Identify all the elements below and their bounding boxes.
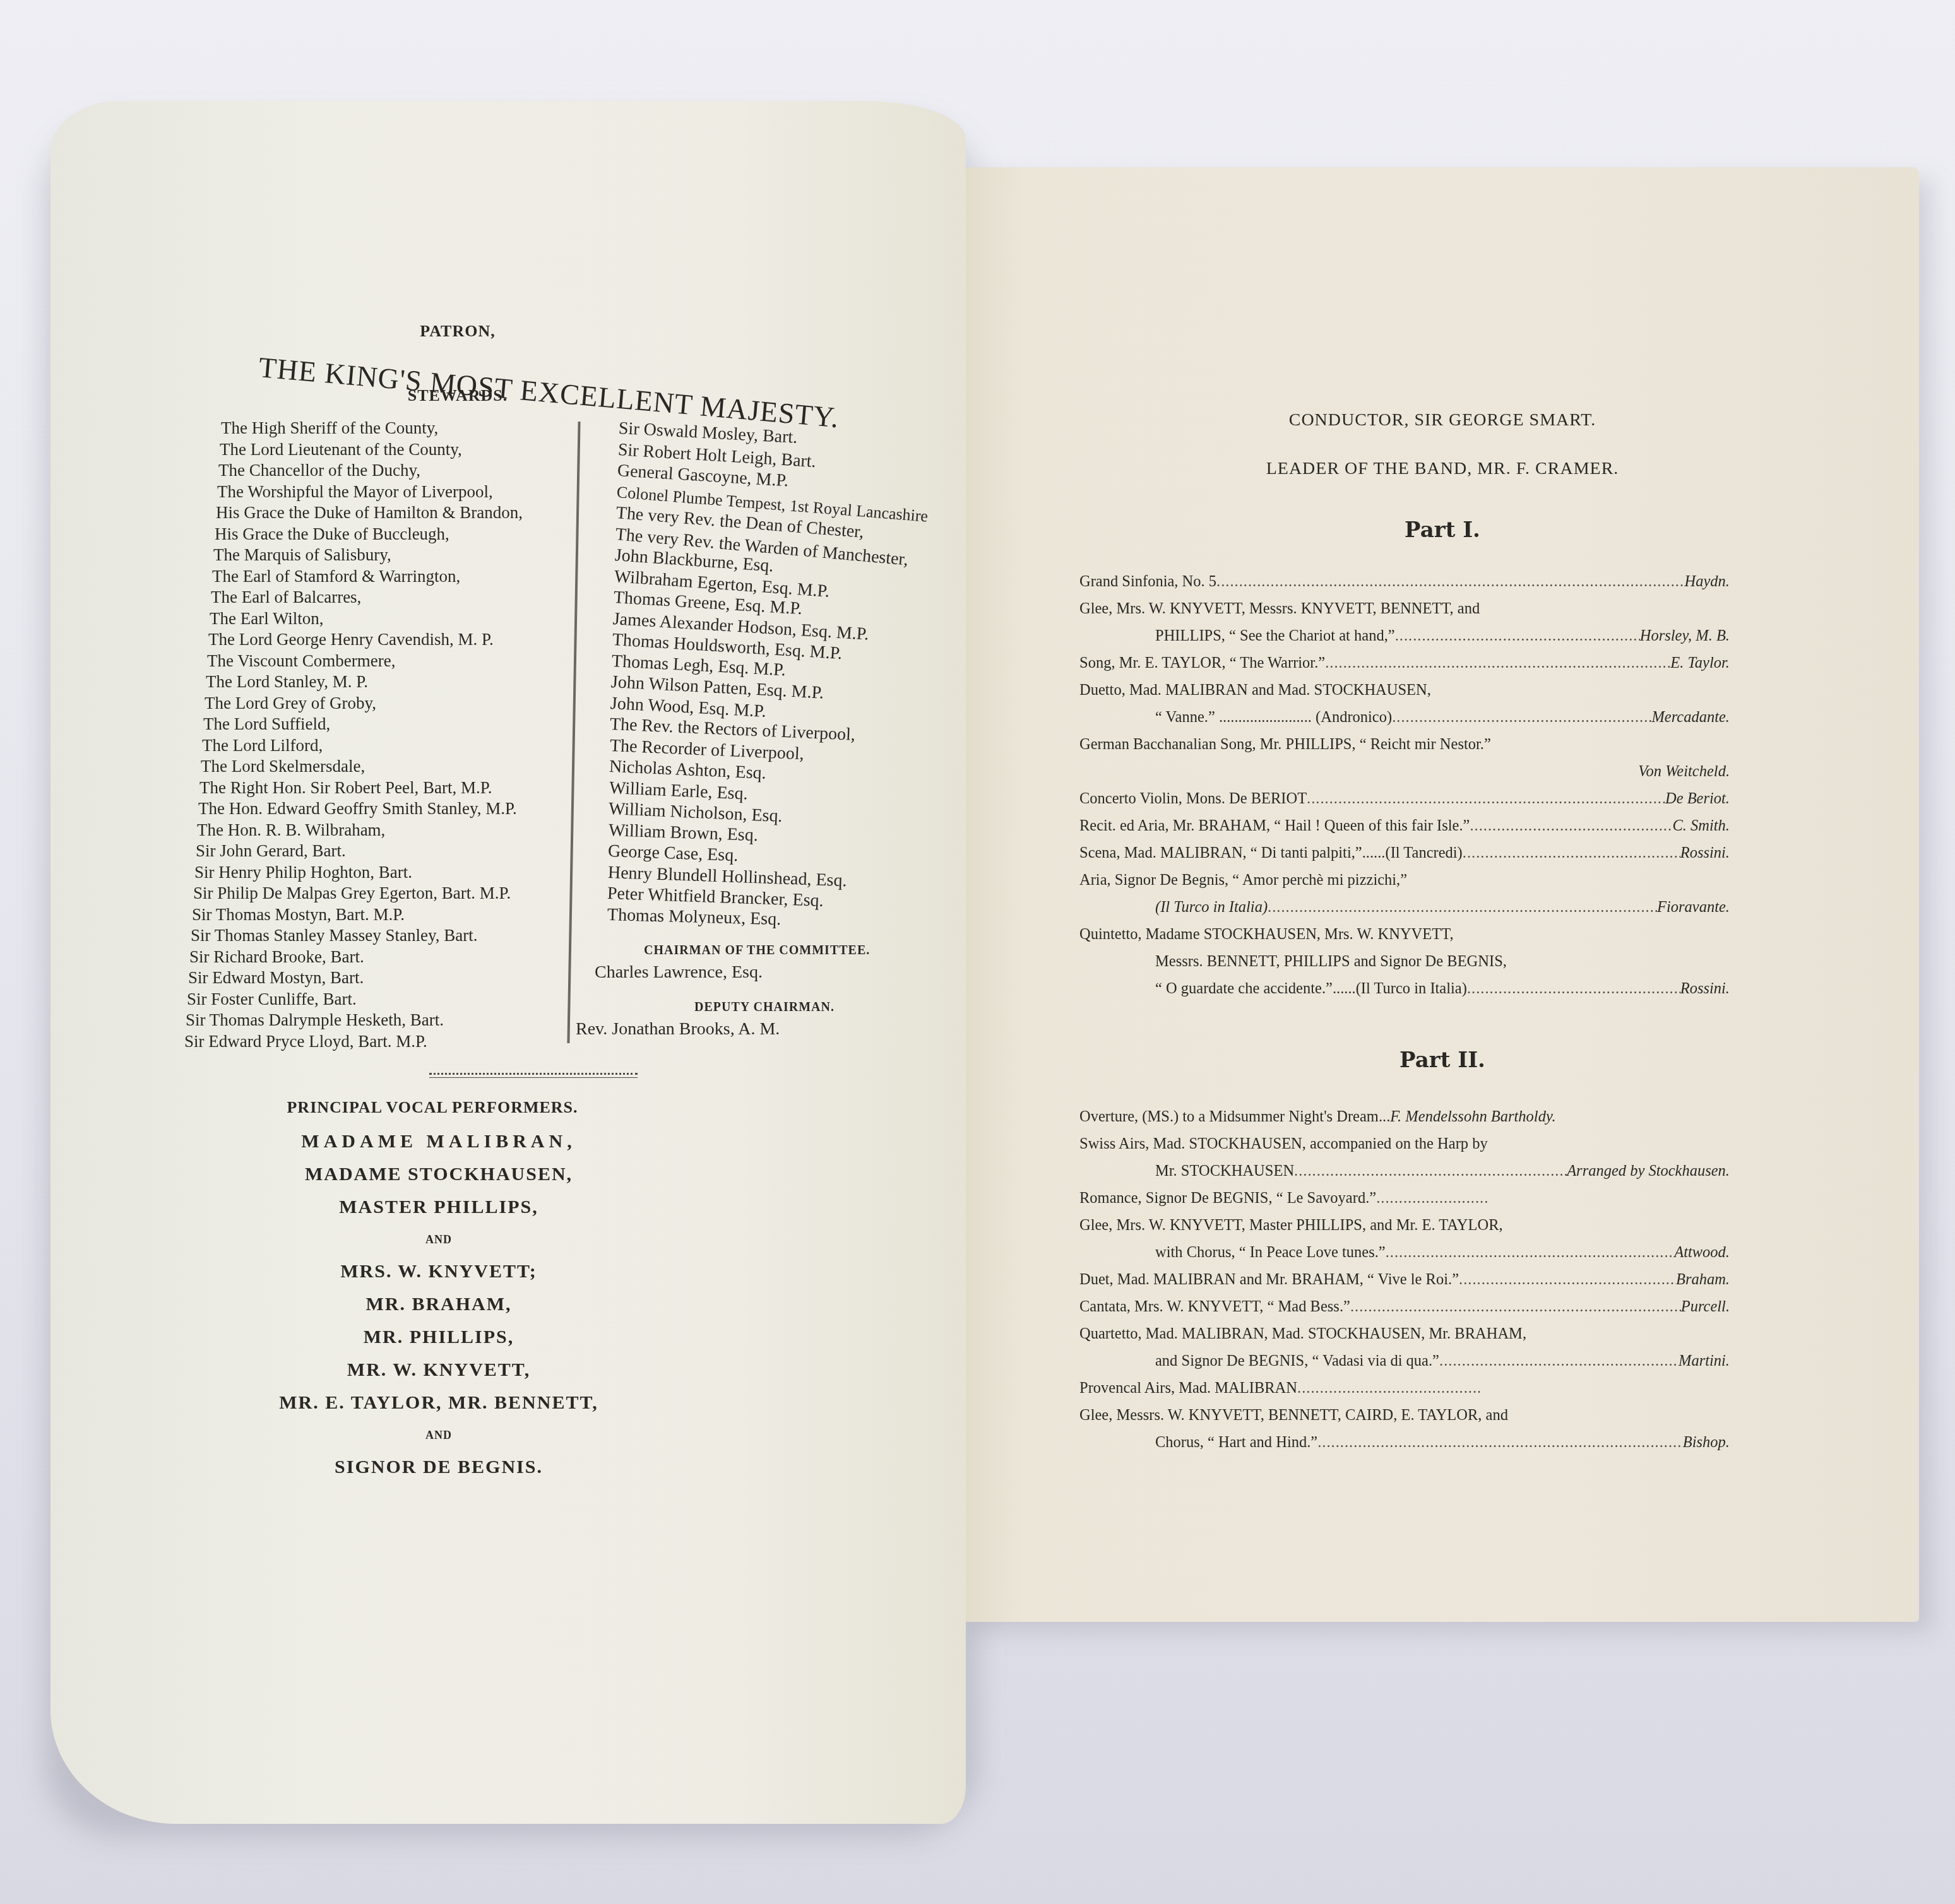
- programme-item: Song, Mr. E. TAYLOR, “ The Warrior.”E. T…: [1079, 649, 1730, 677]
- steward-entry: The Lord Suffield,: [203, 714, 590, 735]
- programme-item: Duetto, Mad. MALIBRAN and Mad. STOCKHAUS…: [1079, 677, 1730, 704]
- programme-item: Aria, Signor De Begnis, “ Amor perchè mi…: [1079, 866, 1730, 894]
- programme-item: “ Vanne.” ........................ (Andr…: [1079, 704, 1730, 731]
- steward-entry: Sir Thomas Stanley Massey Stanley, Bart.: [191, 925, 590, 947]
- stewards-heading: STEWARDS.: [0, 386, 915, 405]
- steward-entry: The Marquis of Salisbury,: [213, 545, 590, 566]
- programme-item: and Signor De BEGNIS, “ Vadasi via di qu…: [1079, 1347, 1730, 1375]
- performer: MR. W. KNYVETT,: [0, 1358, 896, 1381]
- performer: MADAME MALIBRAN,: [0, 1130, 896, 1153]
- steward-entry: The Earl of Balcarres,: [211, 587, 590, 608]
- chairman-heading: CHAIRMAN OF THE COMMITTEE.: [644, 943, 870, 958]
- programme-item: Concerto Violin, Mons. De BERIOTDe Berio…: [1079, 785, 1730, 812]
- steward-entry: The Lord Lilford,: [202, 735, 590, 757]
- chairman-name: Charles Lawrence, Esq.: [595, 962, 763, 983]
- performer: MRS. W. KNYVETT;: [0, 1260, 896, 1283]
- performer-conjunction: AND: [0, 1228, 896, 1251]
- band-leader-line: LEADER OF THE BAND, MR. F. CRAMER.: [966, 459, 1919, 479]
- steward-entry: The Hon. Edward Geoffry Smith Stanley, M…: [198, 798, 590, 820]
- steward-entry: Sir John Gerard, Bart.: [196, 841, 590, 862]
- programme-item: “ O guardate che accidente.”......(Il Tu…: [1079, 975, 1730, 1002]
- steward-entry: The Viscount Combermere,: [207, 651, 590, 672]
- performers-list: MADAME MALIBRAN, MADAME STOCKHAUSEN, MAS…: [0, 1130, 896, 1488]
- steward-entry: Sir Thomas Dalrymple Hesketh, Bart.: [186, 1010, 590, 1031]
- steward-entry: The High Sheriff of the County,: [221, 418, 590, 439]
- programme-item: Grand Sinfonia, No. 5Haydn.: [1079, 568, 1730, 595]
- part-1-heading: Part I.: [966, 517, 1919, 543]
- stewards-column-1: The High Sheriff of the County, The Lord…: [136, 418, 590, 1052]
- steward-entry: The Hon. R. B. Wilbraham,: [197, 820, 590, 841]
- programme-item: Glee, Messrs. W. KNYVETT, BENNETT, CAIRD…: [1079, 1402, 1730, 1429]
- steward-entry: Sir Foster Cunliffe, Bart.: [187, 989, 590, 1010]
- programme-item: Scena, Mad. MALIBRAN, “ Di tanti palpiti…: [1079, 839, 1730, 866]
- patron-heading: PATRON,: [0, 322, 915, 341]
- programme-item: Overture, (MS.) to a Midsummer Night's D…: [1079, 1103, 1730, 1130]
- steward-entry: Sir Thomas Mostyn, Bart. M.P.: [192, 904, 590, 926]
- stewards-column-2: Sir Oswald Mosley, Bart. Sir Robert Holt…: [568, 418, 922, 925]
- programme-item: Swiss Airs, Mad. STOCKHAUSEN, accompanie…: [1079, 1130, 1730, 1157]
- ornamental-divider: [429, 1073, 638, 1078]
- performer: MR. E. TAYLOR, MR. BENNETT,: [0, 1391, 896, 1414]
- programme-item: Messrs. BENNETT, PHILLIPS and Signor De …: [1079, 948, 1730, 975]
- steward-entry: Sir Edward Pryce Lloyd, Bart. M.P.: [184, 1031, 590, 1053]
- programme-item: Duet, Mad. MALIBRAN and Mr. BRAHAM, “ Vi…: [1079, 1266, 1730, 1293]
- programme-item: PHILLIPS, “ See the Chariot at hand,”Hor…: [1079, 622, 1730, 649]
- steward-entry: The Chancellor of the Duchy,: [218, 460, 590, 482]
- part-1-programme: Grand Sinfonia, No. 5Haydn. Glee, Mrs. W…: [1079, 568, 1730, 1002]
- programme-item: German Bacchanalian Song, Mr. PHILLIPS, …: [1079, 731, 1730, 758]
- programme-item: Provencal Airs, Mad. MALIBRAN: [1079, 1375, 1730, 1402]
- steward-entry: The Lord Grey of Groby,: [205, 693, 590, 714]
- steward-entry: The Lord Skelmersdale,: [201, 756, 590, 778]
- deputy-chairman-heading: DEPUTY CHAIRMAN.: [694, 1000, 835, 1015]
- deputy-chairman-name: Rev. Jonathan Brooks, A. M.: [576, 1019, 780, 1039]
- steward-entry: Sir Edward Mostyn, Bart.: [188, 967, 590, 989]
- steward-entry: The Earl of Stamford & Warrington,: [212, 566, 590, 588]
- programme-item: (Il Turco in Italia)Fioravante.: [1079, 894, 1730, 921]
- programme-item: Recit. ed Aria, Mr. BRAHAM, “ Hail ! Que…: [1079, 812, 1730, 839]
- performers-heading: PRINCIPAL VOCAL PERFORMERS.: [0, 1098, 890, 1117]
- steward-entry: His Grace the Duke of Hamilton & Brandon…: [216, 502, 590, 524]
- steward-entry: The Lord Stanley, M. P.: [206, 671, 590, 693]
- performer: MR. PHILLIPS,: [0, 1325, 896, 1349]
- programme-item: Romance, Signor De BEGNIS, “ Le Savoyard…: [1079, 1185, 1730, 1212]
- programme-item: Glee, Mrs. W. KNYVETT, Master PHILLIPS, …: [1079, 1212, 1730, 1239]
- steward-entry: His Grace the Duke of Buccleugh,: [215, 524, 590, 545]
- steward-entry: Sir Philip De Malpas Grey Egerton, Bart.…: [193, 883, 590, 904]
- performer: SIGNOR DE BEGNIS.: [0, 1455, 896, 1479]
- programme-item: Mr. STOCKHAUSENArranged by Stockhausen.: [1079, 1157, 1730, 1185]
- programme-item: Quartetto, Mad. MALIBRAN, Mad. STOCKHAUS…: [1079, 1320, 1730, 1347]
- performer-conjunction: AND: [0, 1424, 896, 1447]
- programme-item: Glee, Mrs. W. KNYVETT, Messrs. KNYVETT, …: [1079, 595, 1730, 622]
- programme-item: Cantata, Mrs. W. KNYVETT, “ Mad Bess.”Pu…: [1079, 1293, 1730, 1320]
- steward-entry: The Earl Wilton,: [210, 608, 590, 630]
- programme-item: with Chorus, “ In Peace Love tunes.”Attw…: [1079, 1239, 1730, 1266]
- performer: MASTER PHILLIPS,: [0, 1195, 896, 1219]
- part-2-heading: Part II.: [966, 1048, 1919, 1073]
- steward-entry: The Worshipful the Mayor of Liverpool,: [217, 482, 590, 503]
- steward-entry: The Right Hon. Sir Robert Peel, Bart, M.…: [199, 778, 590, 799]
- conductor-line: CONDUCTOR, SIR GEORGE SMART.: [966, 410, 1919, 430]
- performer: MADAME STOCKHAUSEN,: [0, 1162, 896, 1186]
- steward-entry: Sir Henry Philip Hoghton, Bart.: [194, 862, 590, 884]
- steward-entry: Sir Richard Brooke, Bart.: [189, 947, 590, 968]
- programme-item: Quintetto, Madame STOCKHAUSEN, Mrs. W. K…: [1079, 921, 1730, 948]
- steward-entry: The Lord George Henry Cavendish, M. P.: [208, 629, 590, 651]
- programme-item: Von Weitcheld.: [1079, 758, 1730, 785]
- performer: MR. BRAHAM,: [0, 1292, 896, 1316]
- steward-entry: The Lord Lieutenant of the County,: [220, 439, 590, 461]
- programme-item: Chorus, “ Hart and Hind.”Bishop.: [1079, 1429, 1730, 1456]
- part-2-programme: Overture, (MS.) to a Midsummer Night's D…: [1079, 1103, 1730, 1456]
